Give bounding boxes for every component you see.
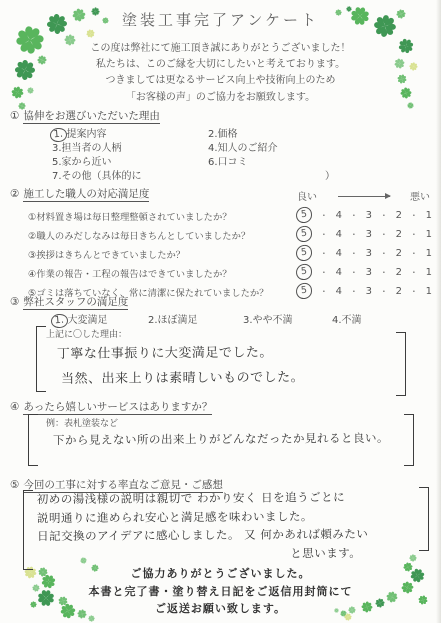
q3-option-4: 4.不満 bbox=[332, 311, 362, 326]
section-q2-satisfaction: ②施工した職人の対応満足度 良い 悪い ①材料置き場は毎日整理整頓されていました… bbox=[0, 186, 441, 292]
q2-heading: ②施工した職人の対応満足度 bbox=[10, 186, 149, 201]
q4-heading: ④あったら嬉しいサービスはありますか？ bbox=[10, 399, 212, 414]
q3-heading: ③弊社スタッフの満足度 bbox=[10, 294, 128, 309]
q1-number: ① bbox=[10, 110, 19, 122]
page-title: 塗装工事完了アンケート bbox=[0, 9, 441, 30]
q2-question: ③挨拶はきちんとできていましたか？ bbox=[28, 247, 185, 261]
bracket-right bbox=[404, 414, 414, 466]
q3-option-2: 2.ほぼ満足 bbox=[148, 311, 198, 326]
q4-number: ④ bbox=[10, 401, 19, 413]
bracket-left bbox=[36, 326, 46, 392]
q2-question: ②職人のみだしなみは毎日きちんとしていましたか？ bbox=[28, 228, 250, 242]
footer-instruction-2: ご返送お願い致します。 bbox=[0, 600, 441, 616]
rating-scale: 5・4・3・2・1 bbox=[296, 245, 432, 261]
circled-rating-5: 5 bbox=[295, 225, 313, 243]
bracket-left bbox=[23, 490, 33, 570]
q4-heading-text: あったら嬉しいサービスはありますか？ bbox=[23, 401, 212, 415]
handwritten-line: 説明通りに進められ安心と満足感を味わいました。 bbox=[37, 509, 368, 524]
section-q3-staff: ③弊社スタッフの満足度 1.大変満足 2.ほぼ満足 3.やや不満 4.不満 上記… bbox=[0, 294, 441, 398]
intro-line: 私たちは、このご縁を大切にしたいと考えております。 bbox=[0, 57, 441, 73]
q2-question: ①材料置き場は毎日整理整頓されていましたか？ bbox=[28, 209, 232, 223]
q3-option-3: 3.やや不満 bbox=[243, 311, 293, 326]
survey-page: 塗装工事完了アンケート この度は弊社にて施工頂き誠にありがとうございました！ 私… bbox=[0, 0, 441, 623]
q5-heading: ⑤今回の工事に対する率直なご意見・ご感想 bbox=[10, 477, 223, 492]
q1-option-5: 5.家から近い bbox=[52, 153, 112, 168]
scale-arrow bbox=[338, 196, 390, 197]
section-q5-comments: ⑤今回の工事に対する率直なご意見・ご感想 初めの湯浅様の説明は親切で わかり安く… bbox=[0, 477, 441, 563]
q2-row-2: ②職人のみだしなみは毎日きちんとしていましたか？ 5・4・3・2・1 bbox=[0, 226, 441, 245]
q1-option-3: 3.担当者の人柄 bbox=[52, 139, 122, 154]
footer-instruction-1: 本書と完了書・塗り替え日記をご返信用封筒にて bbox=[0, 583, 441, 599]
handwritten-line: 当然、出来上りは素晴しいものでした。 bbox=[61, 366, 304, 387]
intro-line: 「お客様の声」のご協力をお願致します。 bbox=[0, 90, 441, 106]
q1-option-7: 7.その他（具体的に bbox=[52, 167, 142, 182]
bracket-left bbox=[28, 414, 38, 466]
q3-reason-label: 上記に〇した理由： bbox=[46, 327, 127, 340]
handwritten-line: と思います。 bbox=[290, 547, 368, 560]
handwritten-line: 日記交換のアイデアに感心しました。 又 何かあれば頼みたい bbox=[37, 528, 368, 543]
q1-option-6: 6.口コミ bbox=[208, 153, 248, 168]
handwritten-line: 下から見えない所の出来上りがどんなだったか見れると良い。 bbox=[53, 430, 389, 448]
scale-good-label: 良い bbox=[297, 188, 317, 203]
q3-number: ③ bbox=[10, 296, 19, 308]
q2-heading-text: 施工した職人の対応満足度 bbox=[23, 188, 149, 202]
handwritten-line: 初めの湯浅様の説明は親切で わかり安く 日を追うごとに bbox=[37, 491, 368, 506]
q1-option-4: 4.知人のご紹介 bbox=[208, 139, 278, 154]
handwritten-line: 丁寧な仕事振りに大変満足でした。 bbox=[57, 341, 304, 362]
intro-line: つきましては更なるサービス向上や技術向上のため bbox=[0, 73, 441, 89]
circled-rating-5: 5 bbox=[295, 244, 313, 262]
rating-scale: 5・4・3・2・1 bbox=[296, 207, 432, 223]
q2-number: ② bbox=[10, 188, 19, 200]
rating-scale: 5・4・3・2・1 bbox=[296, 226, 432, 242]
section-q4-services: ④あったら嬉しいサービスはありますか？ 例：表札塗装など 下から見えない所の出来… bbox=[0, 399, 441, 475]
q1-heading-text: 協伸をお選びいただいた理由 bbox=[23, 110, 160, 124]
q5-number: ⑤ bbox=[10, 479, 19, 491]
scan-edge-artifact bbox=[436, 0, 441, 623]
rating-scale: 5・4・3・2・1 bbox=[296, 264, 432, 280]
survey-content: 塗装工事完了アンケート この度は弊社にて施工頂き誠にありがとうございました！ 私… bbox=[0, 0, 441, 623]
footer-thanks: ご協力ありがとうございました。 bbox=[0, 565, 441, 581]
q4-handwritten-comment: 下から見えない所の出来上りがどんなだったか見れると良い。 bbox=[53, 430, 389, 454]
scale-bad-label: 悪い bbox=[410, 188, 430, 203]
intro-line: この度は弊社にて施工頂き誠にありがとうございました！ bbox=[0, 41, 441, 57]
bracket-right bbox=[419, 487, 429, 551]
bracket-right bbox=[396, 332, 406, 396]
q5-handwritten-comment: 初めの湯浅様の説明は親切で わかり安く 日を追うごとに 説明通りに進められ安心と… bbox=[37, 491, 369, 568]
q3-heading-text: 弊社スタッフの満足度 bbox=[23, 296, 128, 310]
section-q1-reason: ①協伸をお選びいただいた理由 1.提案内容 2.価格 3.担当者の人柄 4.知人… bbox=[0, 108, 441, 186]
q2-row-4: ④作業の報告・工程の報告はできていましたか？ 5・4・3・2・1 bbox=[0, 264, 441, 283]
q1-heading: ①協伸をお選びいただいた理由 bbox=[10, 108, 160, 123]
q4-example-label: 例：表札塗装など bbox=[46, 416, 118, 429]
q3-option-1: 1.大変満足 bbox=[54, 311, 108, 328]
q3-handwritten-comment: 丁寧な仕事振りに大変満足でした。 当然、出来上りは素晴しいものでした。 bbox=[57, 341, 304, 393]
circled-rating-5: 5 bbox=[295, 206, 313, 224]
q2-question: ④作業の報告・工程の報告はできていましたか？ bbox=[28, 266, 232, 280]
q2-row-1: ①材料置き場は毎日整理整頓されていましたか？ 5・4・3・2・1 bbox=[0, 207, 441, 226]
circled-rating-5: 5 bbox=[295, 263, 313, 281]
q2-row-3: ③挨拶はきちんとできていましたか？ 5・4・3・2・1 bbox=[0, 245, 441, 264]
rating-scale-header: 良い 悪い bbox=[297, 188, 430, 203]
q1-close-paren: ） bbox=[325, 167, 335, 182]
intro-text: この度は弊社にて施工頂き誠にありがとうございました！ 私たちは、このご縁を大切に… bbox=[0, 41, 441, 106]
q1-option-2: 2.価格 bbox=[208, 125, 238, 140]
